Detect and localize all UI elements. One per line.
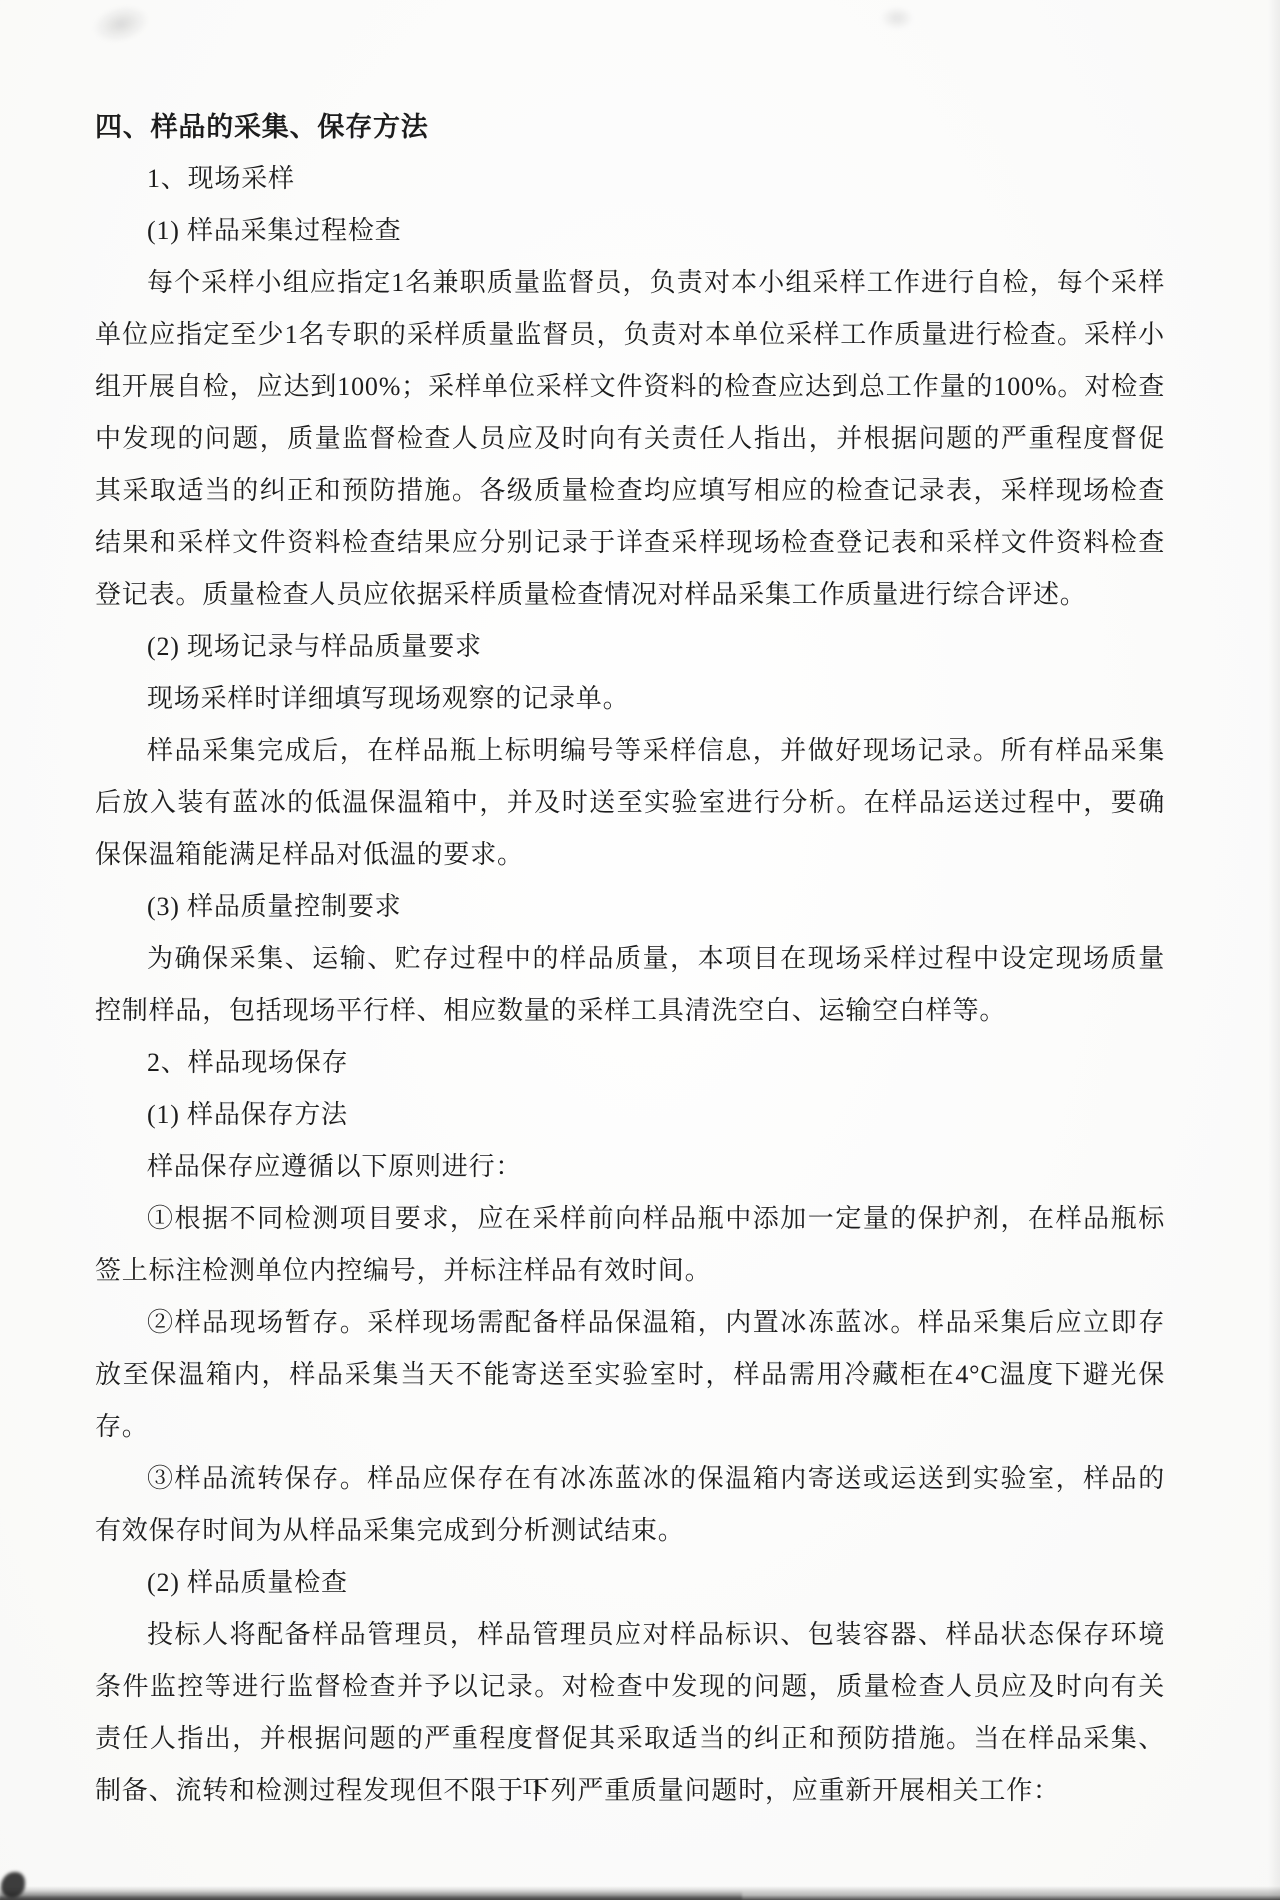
- paragraph: 样品保存应遵循以下原则进行：: [95, 1141, 1165, 1193]
- page-number: 11: [482, 1772, 582, 1802]
- paragraph: ③样品流转保存。样品应保存在有冰冻蓝冰的保温箱内寄送或运送到实验室，样品的有效保…: [95, 1453, 1165, 1557]
- paragraph: 现场采样时详细填写现场观察的记录单。: [95, 673, 1165, 725]
- document-body: 四、样品的采集、保存方法 1、现场采样(1) 样品采集过程检查每个采样小组应指定…: [95, 101, 1165, 1817]
- scan-edge-shading: [1268, 0, 1280, 1900]
- section-heading: (2) 样品质量检查: [95, 1557, 1165, 1609]
- section-heading: 1、现场采样: [95, 153, 1165, 205]
- scan-smudge-artifact: [880, 6, 914, 30]
- paragraph: 样品采集完成后，在样品瓶上标明编号等采样信息，并做好现场记录。所有样品采集后放入…: [95, 725, 1165, 881]
- paragraph: 每个采样小组应指定1名兼职质量监督员，负责对本小组采样工作进行自检，每个采样单位…: [95, 257, 1165, 621]
- section-heading: (2) 现场记录与样品质量要求: [95, 621, 1165, 673]
- scan-smudge-artifact: [89, 0, 154, 48]
- paragraph: 为确保采集、运输、贮存过程中的样品质量，本项目在现场采样过程中设定现场质量控制样…: [95, 933, 1165, 1037]
- paragraph: ②样品现场暂存。采样现场需配备样品保温箱，内置冰冻蓝冰。样品采集后应立即存放至保…: [95, 1297, 1165, 1453]
- section-heading: (1) 样品保存方法: [95, 1089, 1165, 1141]
- section-heading: (1) 样品采集过程检查: [95, 205, 1165, 257]
- scanned-document-page: 四、样品的采集、保存方法 1、现场采样(1) 样品采集过程检查每个采样小组应指定…: [0, 0, 1280, 1900]
- paragraph: 投标人将配备样品管理员，样品管理员应对样品标识、包装容器、样品状态保存环境条件监…: [95, 1609, 1165, 1817]
- section-heading: 2、样品现场保存: [95, 1037, 1165, 1089]
- page-title: 四、样品的采集、保存方法: [95, 101, 1165, 153]
- scan-bottom-edge-dark: [0, 1891, 742, 1900]
- paragraph: ①根据不同检测项目要求，应在采样前向样品瓶中添加一定量的保护剂，在样品瓶标签上标…: [95, 1193, 1165, 1297]
- section-heading: (3) 样品质量控制要求: [95, 881, 1165, 933]
